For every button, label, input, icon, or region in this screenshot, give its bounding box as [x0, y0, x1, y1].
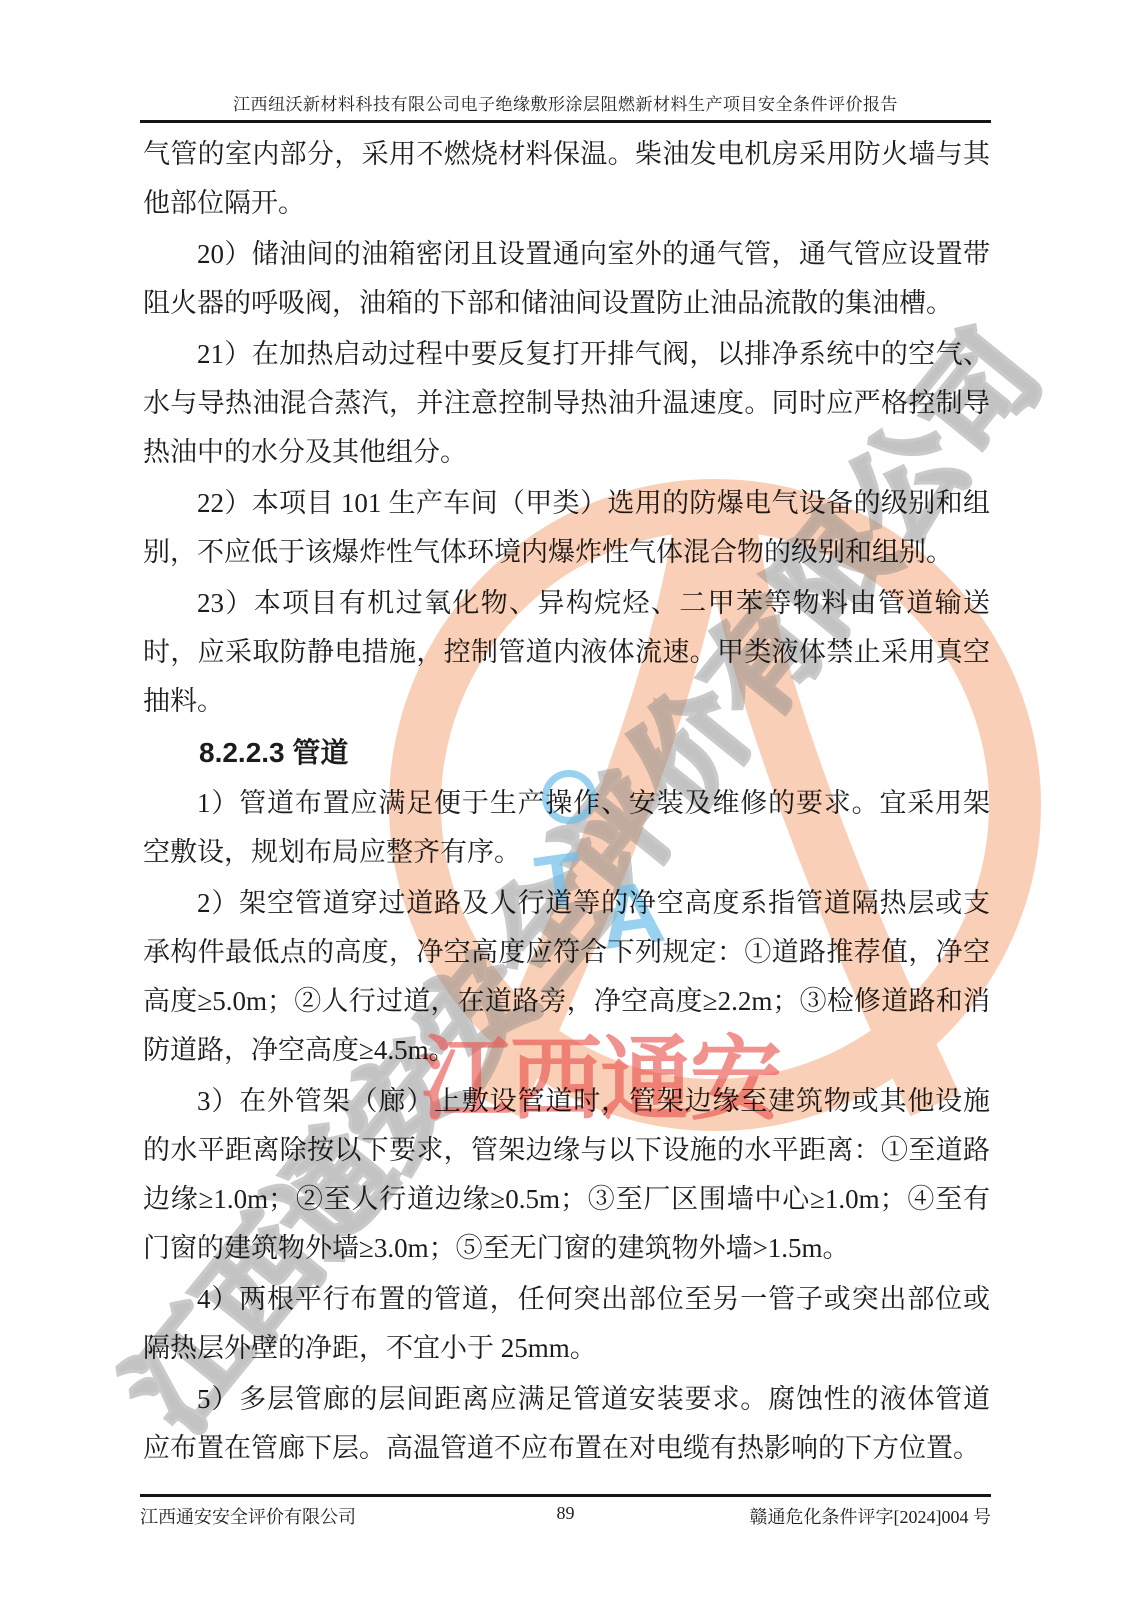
header-title: 江西纽沃新材料科技有限公司电子绝缘敷形涂层阻燃新材料生产项目安全条件评价报告 — [233, 95, 898, 114]
paragraph: 气管的室内部分，采用不燃烧材料保温。柴油发电机房采用防火墙与其他部位隔开。 — [143, 130, 990, 228]
paragraph: 20）储油间的油箱密闭且设置通向室外的通气管，通气管应设置带阻火器的呼吸阀，油箱… — [143, 230, 990, 328]
footer-page-number: 89 — [140, 1503, 991, 1524]
paragraph: 21）在加热启动过程中要反复打开排气阀，以排净系统中的空气、水与导热油混合蒸汽，… — [143, 330, 990, 477]
body-paragraphs: 气管的室内部分，采用不燃烧材料保温。柴油发电机房采用防火墙与其他部位隔开。20）… — [143, 128, 990, 1475]
paragraph: 4）两根平行布置的管道，任何突出部位至另一管子或突出部位或隔热层外壁的净距，不宜… — [143, 1275, 990, 1373]
paragraph: 22）本项目 101 生产车间（甲类）选用的防爆电气设备的级别和组别，不应低于该… — [143, 479, 990, 577]
page-header: 江西纽沃新材料科技有限公司电子绝缘敷形涂层阻燃新材料生产项目安全条件评价报告 — [140, 90, 991, 123]
paragraph: 2）架空管道穿过道路及人行道等的净空高度系指管道隔热层或支承构件最低点的高度，净… — [143, 879, 990, 1075]
paragraph: 8.2.2.3 管道 — [143, 728, 990, 777]
paragraph: 5）多层管廊的层间距离应满足管道安装要求。腐蚀性的液体管道应布置在管廊下层。高温… — [143, 1375, 990, 1473]
paragraph: 1）管道布置应满足便于生产操作、安装及维修的要求。宜采用架空敷设，规划布局应整齐… — [143, 779, 990, 877]
document-page: 江西纽沃新材料科技有限公司电子绝缘敷形涂层阻燃新材料生产项目安全条件评价报告 气… — [0, 0, 1131, 1600]
page-footer: 江西通安安全评价有限公司 89 赣通危化条件评字[2024]004 号 — [140, 1494, 991, 1529]
paragraph: 23）本项目有机过氧化物、异构烷烃、二甲苯等物料由管道输送时，应采取防静电措施，… — [143, 579, 990, 726]
paragraph: 3）在外管架（廊）上敷设管道时，管架边缘至建筑物或其他设施的水平距离除按以下要求… — [143, 1077, 990, 1273]
